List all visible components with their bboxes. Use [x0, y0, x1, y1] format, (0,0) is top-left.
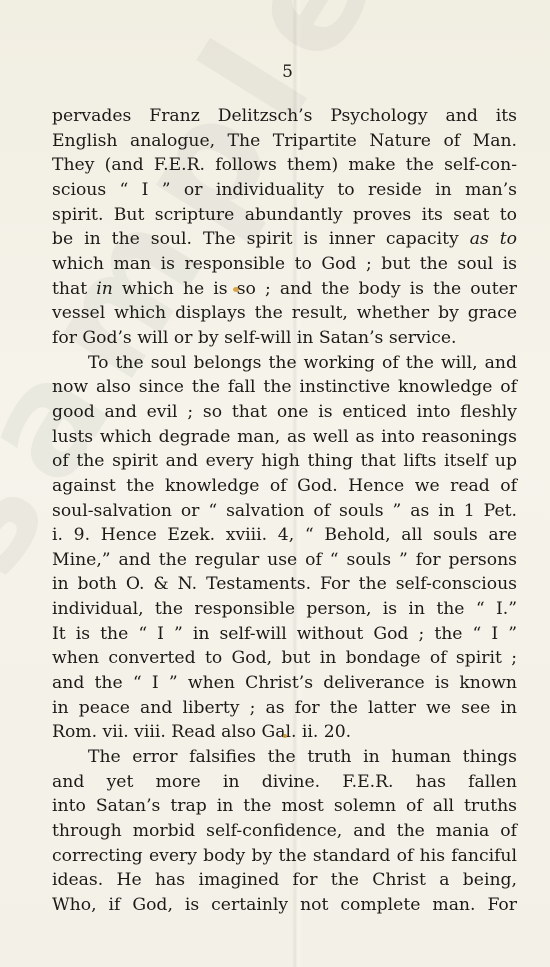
text-line: into Satan’s trap in the most solemn of …	[52, 794, 517, 819]
text-line: scious “ I ” or individuality to reside …	[52, 178, 517, 203]
text-line: in both O. & N. Testaments. For the self…	[52, 572, 517, 597]
text-line: correcting every body by the standard of…	[52, 844, 517, 869]
text-line: be in the soul. The spirit is inner capa…	[52, 227, 517, 252]
text-line: individual, the responsible person, is i…	[52, 597, 517, 622]
paragraph-3: The error falsifies the truth in human t…	[52, 745, 517, 918]
body-text: pervades Franz Delitzsch’s Psychology an…	[52, 104, 517, 918]
text-line: To the soul belongs the working of the w…	[52, 351, 517, 376]
text-segment: be in the soul. The spirit is inner capa…	[52, 229, 459, 249]
text-line: It is the “ I ” in self-will without God…	[52, 622, 517, 647]
page-number: 5	[0, 62, 550, 82]
text-line: for God’s will or by self-will in Satan’…	[52, 326, 517, 351]
text-line: pervades Franz Delitzsch’s Psychology an…	[52, 104, 517, 129]
paragraph-2: To the soul belongs the working of the w…	[52, 351, 517, 746]
text-segment: which he is so ; and the body is the out…	[122, 279, 517, 299]
text-line: The error falsifies the truth in human t…	[52, 745, 517, 770]
ink-stain	[283, 734, 287, 738]
text-line: lusts which degrade man, as well as into…	[52, 425, 517, 450]
text-line: Mine,” and the regular use of “ souls ” …	[52, 548, 517, 573]
text-line: and yet more in divine. F.E.R. has falle…	[52, 770, 517, 795]
text-line: now also since the fall the instinctive …	[52, 375, 517, 400]
text-segment: that	[52, 279, 87, 299]
text-line: of the spirit and every high thing that …	[52, 449, 517, 474]
text-line: against the knowledge of God. Hence we r…	[52, 474, 517, 499]
text-line: spirit. But scripture abundantly proves …	[52, 203, 517, 228]
text-line: in peace and liberty ; as for the latter…	[52, 696, 517, 721]
text-line: that in which he is so ; and the body is…	[52, 277, 517, 302]
text-line: good and evil ; so that one is enticed i…	[52, 400, 517, 425]
text-line: They (and F.E.R. follows them) make the …	[52, 153, 517, 178]
text-line: English analogue, The Tripartite Nature …	[52, 129, 517, 154]
text-line: i. 9. Hence Ezek. xviii. 4, “ Behold, al…	[52, 523, 517, 548]
paragraph-1: pervades Franz Delitzsch’s Psychology an…	[52, 104, 517, 351]
italic-text: in	[96, 279, 113, 299]
text-line: ideas. He has imagined for the Christ a …	[52, 868, 517, 893]
text-line: through morbid self-confidence, and the …	[52, 819, 517, 844]
italic-text: as to	[470, 229, 517, 249]
text-line: and the “ I ” when Christ’s deliverance …	[52, 671, 517, 696]
text-line: Rom. vii. viii. Read also Gal. ii. 20.	[52, 720, 517, 745]
text-line: soul-salvation or “ salvation of souls ”…	[52, 499, 517, 524]
text-line: Who, if God, is certainly not complete m…	[52, 893, 517, 918]
text-line: when converted to God, but in bondage of…	[52, 646, 517, 671]
text-line: which man is responsible to God ; but th…	[52, 252, 517, 277]
ink-stain	[233, 287, 239, 292]
text-line: vessel which displays the result, whethe…	[52, 301, 517, 326]
